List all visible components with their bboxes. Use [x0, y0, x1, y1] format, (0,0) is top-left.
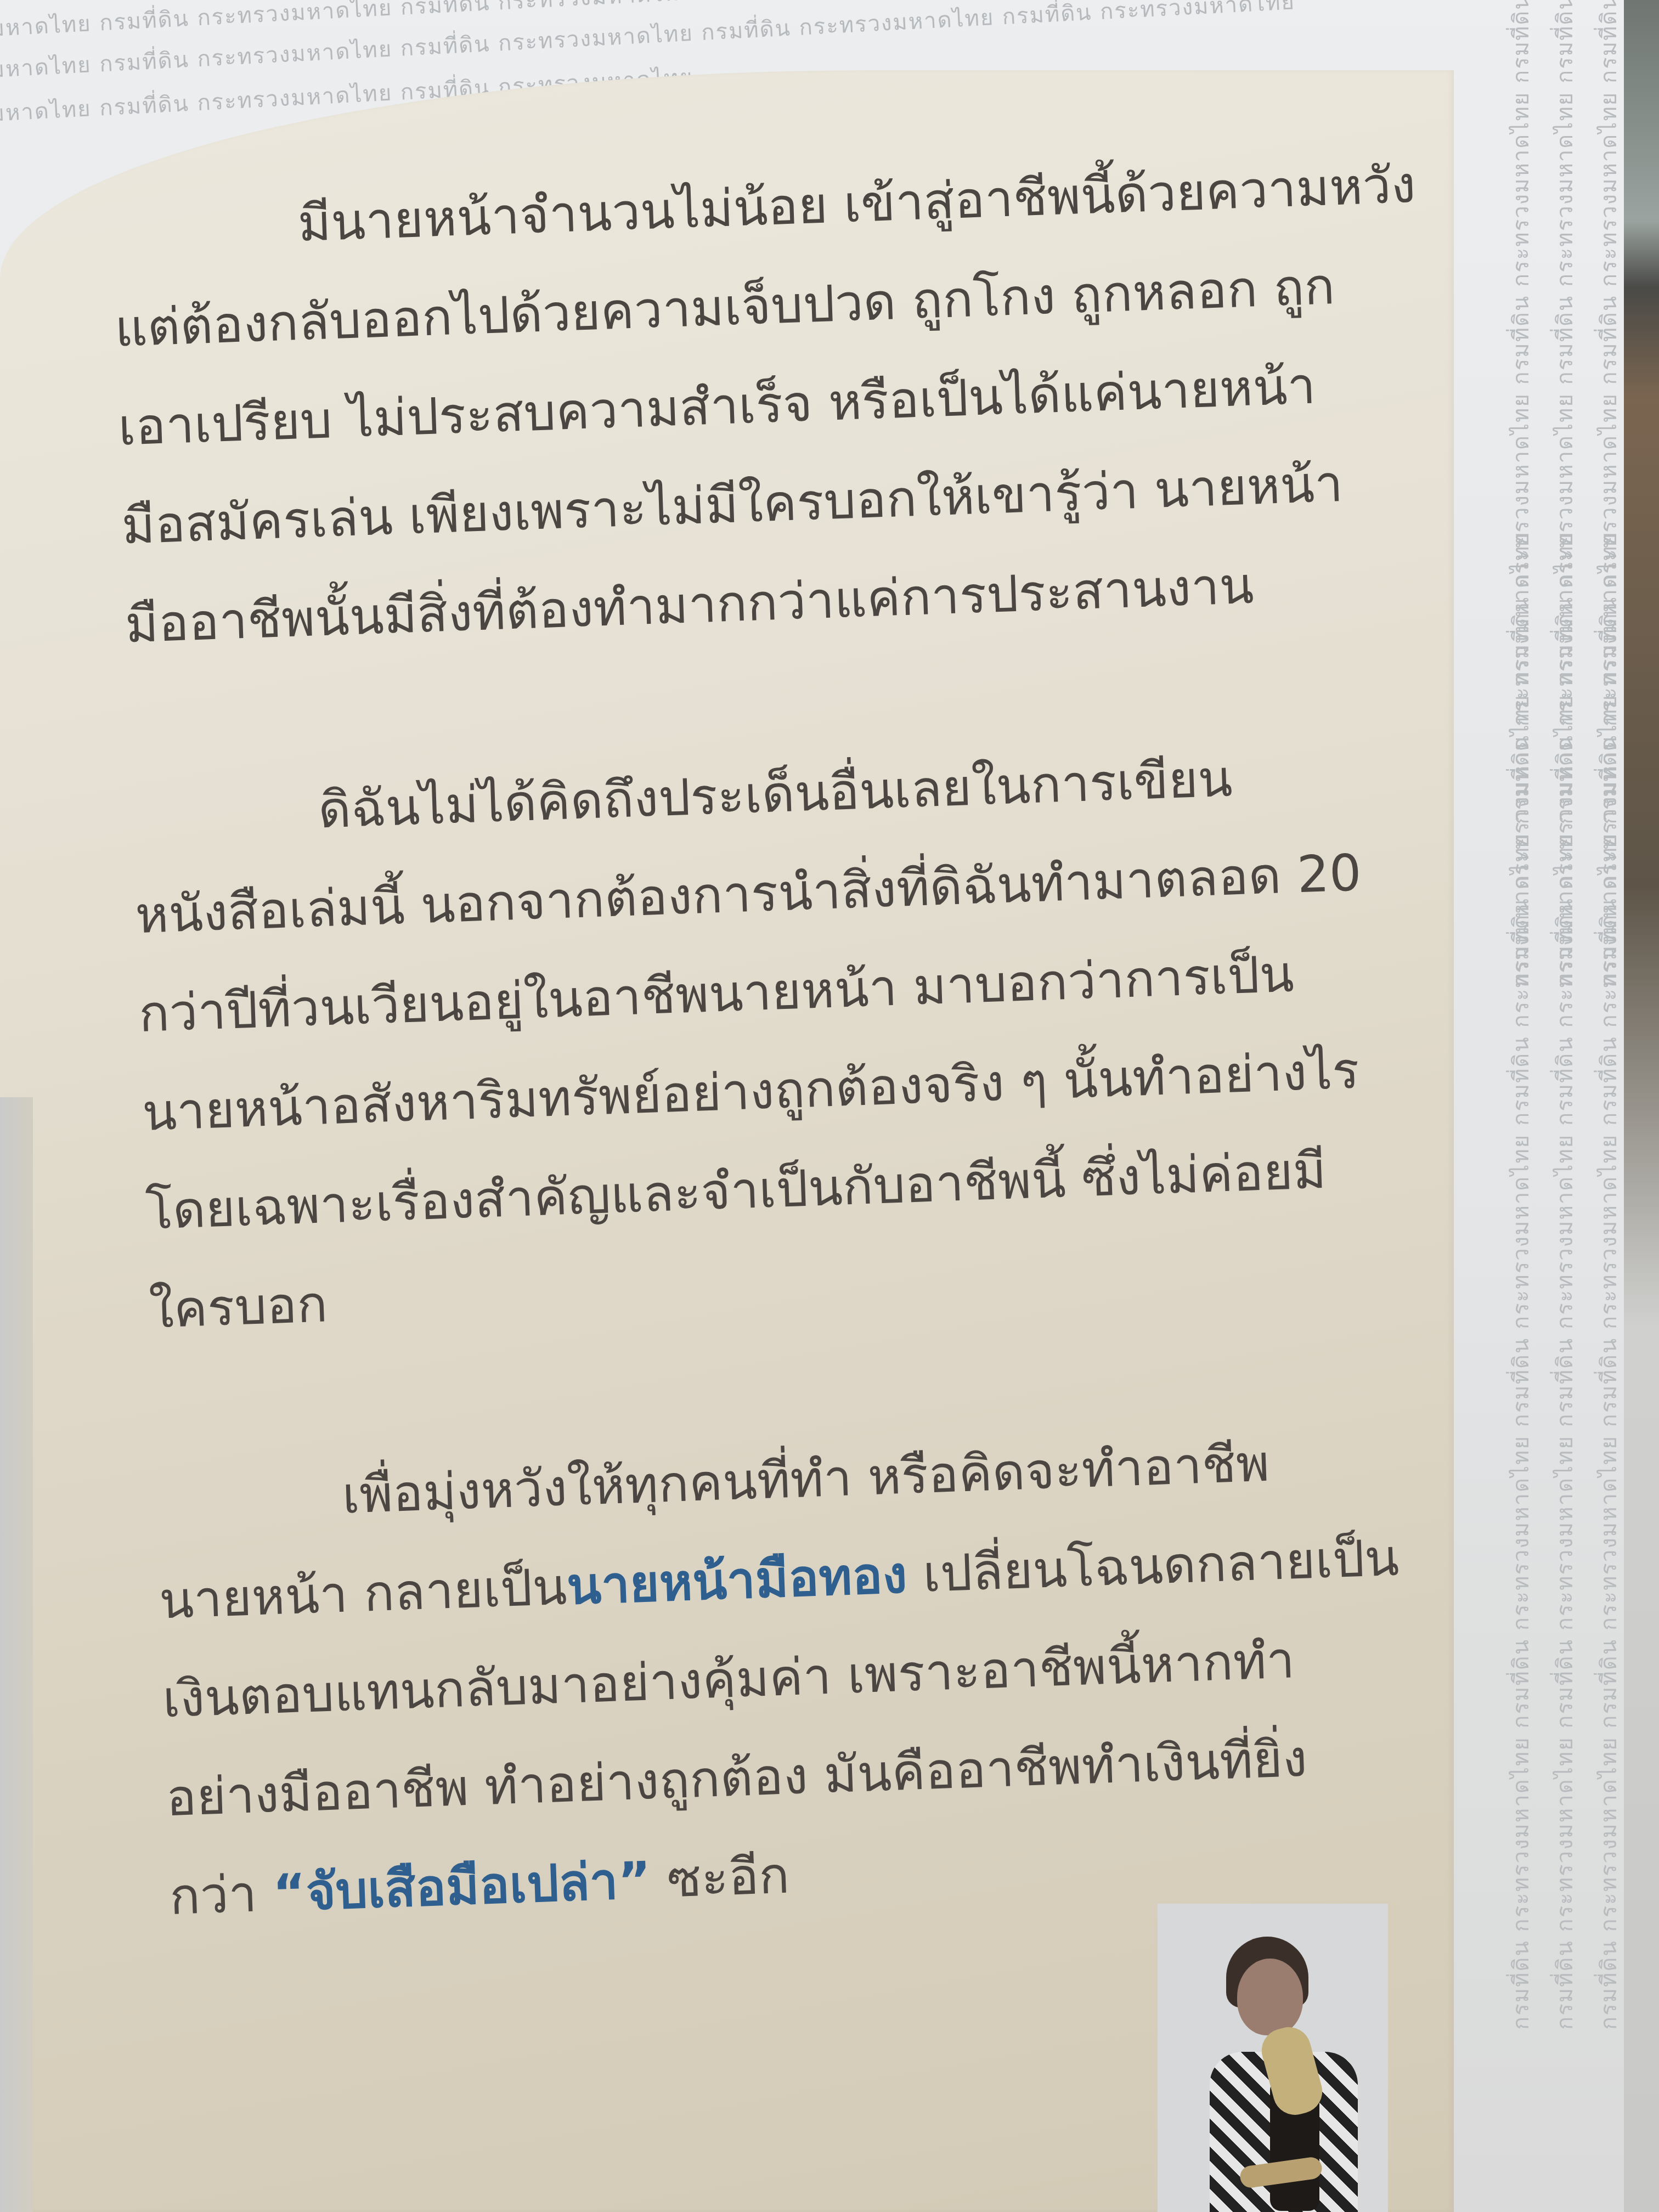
panel-left-edge — [0, 1097, 33, 2212]
watermark-column: กรมที่ดิน กระทรวงมหาดไทย กรมที่ดิน กระทร… — [1503, 531, 1538, 2030]
paragraph-2: ดิฉันไม่ได้คิดถึงประเด็นอื่นเลยในการเขีย… — [130, 724, 1390, 1359]
watermark-column: กรมที่ดิน กระทรวงมหาดไทย กรมที่ดิน กระทร… — [1547, 531, 1582, 2030]
text-segment: กว่า — [168, 1864, 274, 1927]
text-segment: เปลี่ยนโฉนดกลายเป็น — [906, 1528, 1400, 1604]
background-surface-edge — [1624, 0, 1659, 2212]
paragraph-3: เพื่อมุ่งหวังให้ทุกคนที่ทำ หรือคิดจะทำอา… — [154, 1410, 1410, 1946]
author-photo — [1158, 1904, 1388, 2212]
text-segment: ซะอีก — [650, 1846, 791, 1910]
paragraph-1: มีนายหน้าจำนวนไม่น้อย เข้าสู่อาชีพนี้ด้ว… — [110, 138, 1366, 674]
highlight-quote: “จับเสือมือเปล่า” — [272, 1850, 652, 1922]
photo-face — [1237, 1959, 1303, 2035]
highlight-golden-broker: นายหน้ามือทอง — [566, 1545, 908, 1616]
article-body: มีนายหน้าจำนวนไม่น้อย เข้าสู่อาชีพนี้ด้ว… — [110, 138, 1414, 2040]
watermark-column: กรมที่ดิน กระทรวงมหาดไทย กรมที่ดิน กระทร… — [1591, 531, 1626, 2030]
text-segment: นายหน้า กลายเป็น — [159, 1558, 568, 1630]
